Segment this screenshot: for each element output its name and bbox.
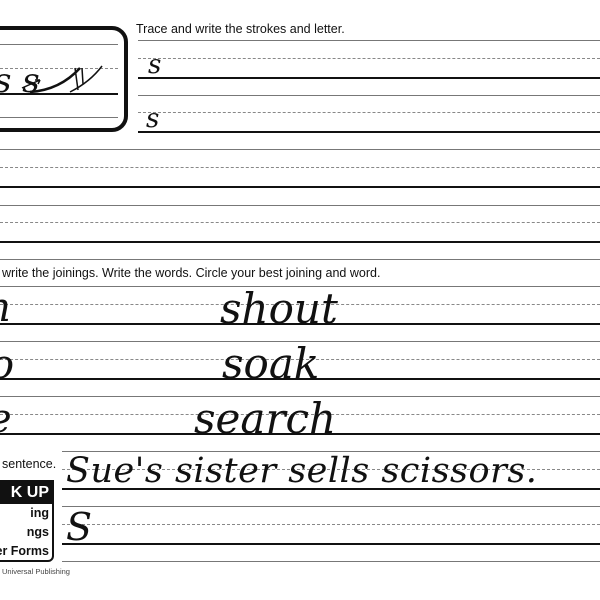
model-sentence: Sue's sister sells scissors. xyxy=(66,454,537,489)
trace-instruction: Trace and write the strokes and letter. xyxy=(136,22,345,36)
s2-mid xyxy=(62,524,600,525)
s2-top xyxy=(62,506,600,507)
checkup-item: ngs xyxy=(0,523,52,542)
row1-top xyxy=(138,40,600,41)
row4-base xyxy=(0,241,600,243)
sentence-practice-start: S xyxy=(66,508,92,546)
checkup-item: ing xyxy=(0,504,52,523)
row3-base xyxy=(0,186,600,188)
row2-top xyxy=(138,95,600,96)
row2-base xyxy=(138,131,600,133)
checkup-box: K UP ing ngs er Forms xyxy=(0,480,54,562)
s2-base xyxy=(62,543,600,545)
s2-bottom xyxy=(62,561,600,562)
joinings-instruction: write the joinings. Write the words. Cir… xyxy=(2,266,380,280)
row1-mid xyxy=(138,58,600,59)
row3-mid xyxy=(0,167,600,168)
sentence-instruction: sentence. xyxy=(2,457,56,471)
row2-mid xyxy=(138,112,600,113)
trace-letter-1: s xyxy=(148,52,161,78)
joining-1: h xyxy=(0,288,12,328)
stroke-direction-arrows-icon xyxy=(20,62,110,94)
word-search: search xyxy=(194,398,336,440)
row4-mid xyxy=(0,222,600,223)
row4-top xyxy=(0,205,600,206)
model-top-line xyxy=(0,44,118,45)
trace-letter-2: s xyxy=(146,106,159,132)
row3-top xyxy=(0,149,600,150)
publisher-credit: Universal Publishing xyxy=(2,567,70,576)
word-shout: shout xyxy=(220,288,338,330)
joining-2: o xyxy=(0,345,14,385)
model-bottom-line xyxy=(0,117,118,118)
checkup-title: K UP xyxy=(0,482,52,504)
checkup-item: er Forms xyxy=(0,542,52,561)
row4-bottom xyxy=(0,259,600,260)
joining-3: e xyxy=(0,399,12,439)
row1-base xyxy=(138,77,600,79)
word-soak: soak xyxy=(222,343,319,385)
